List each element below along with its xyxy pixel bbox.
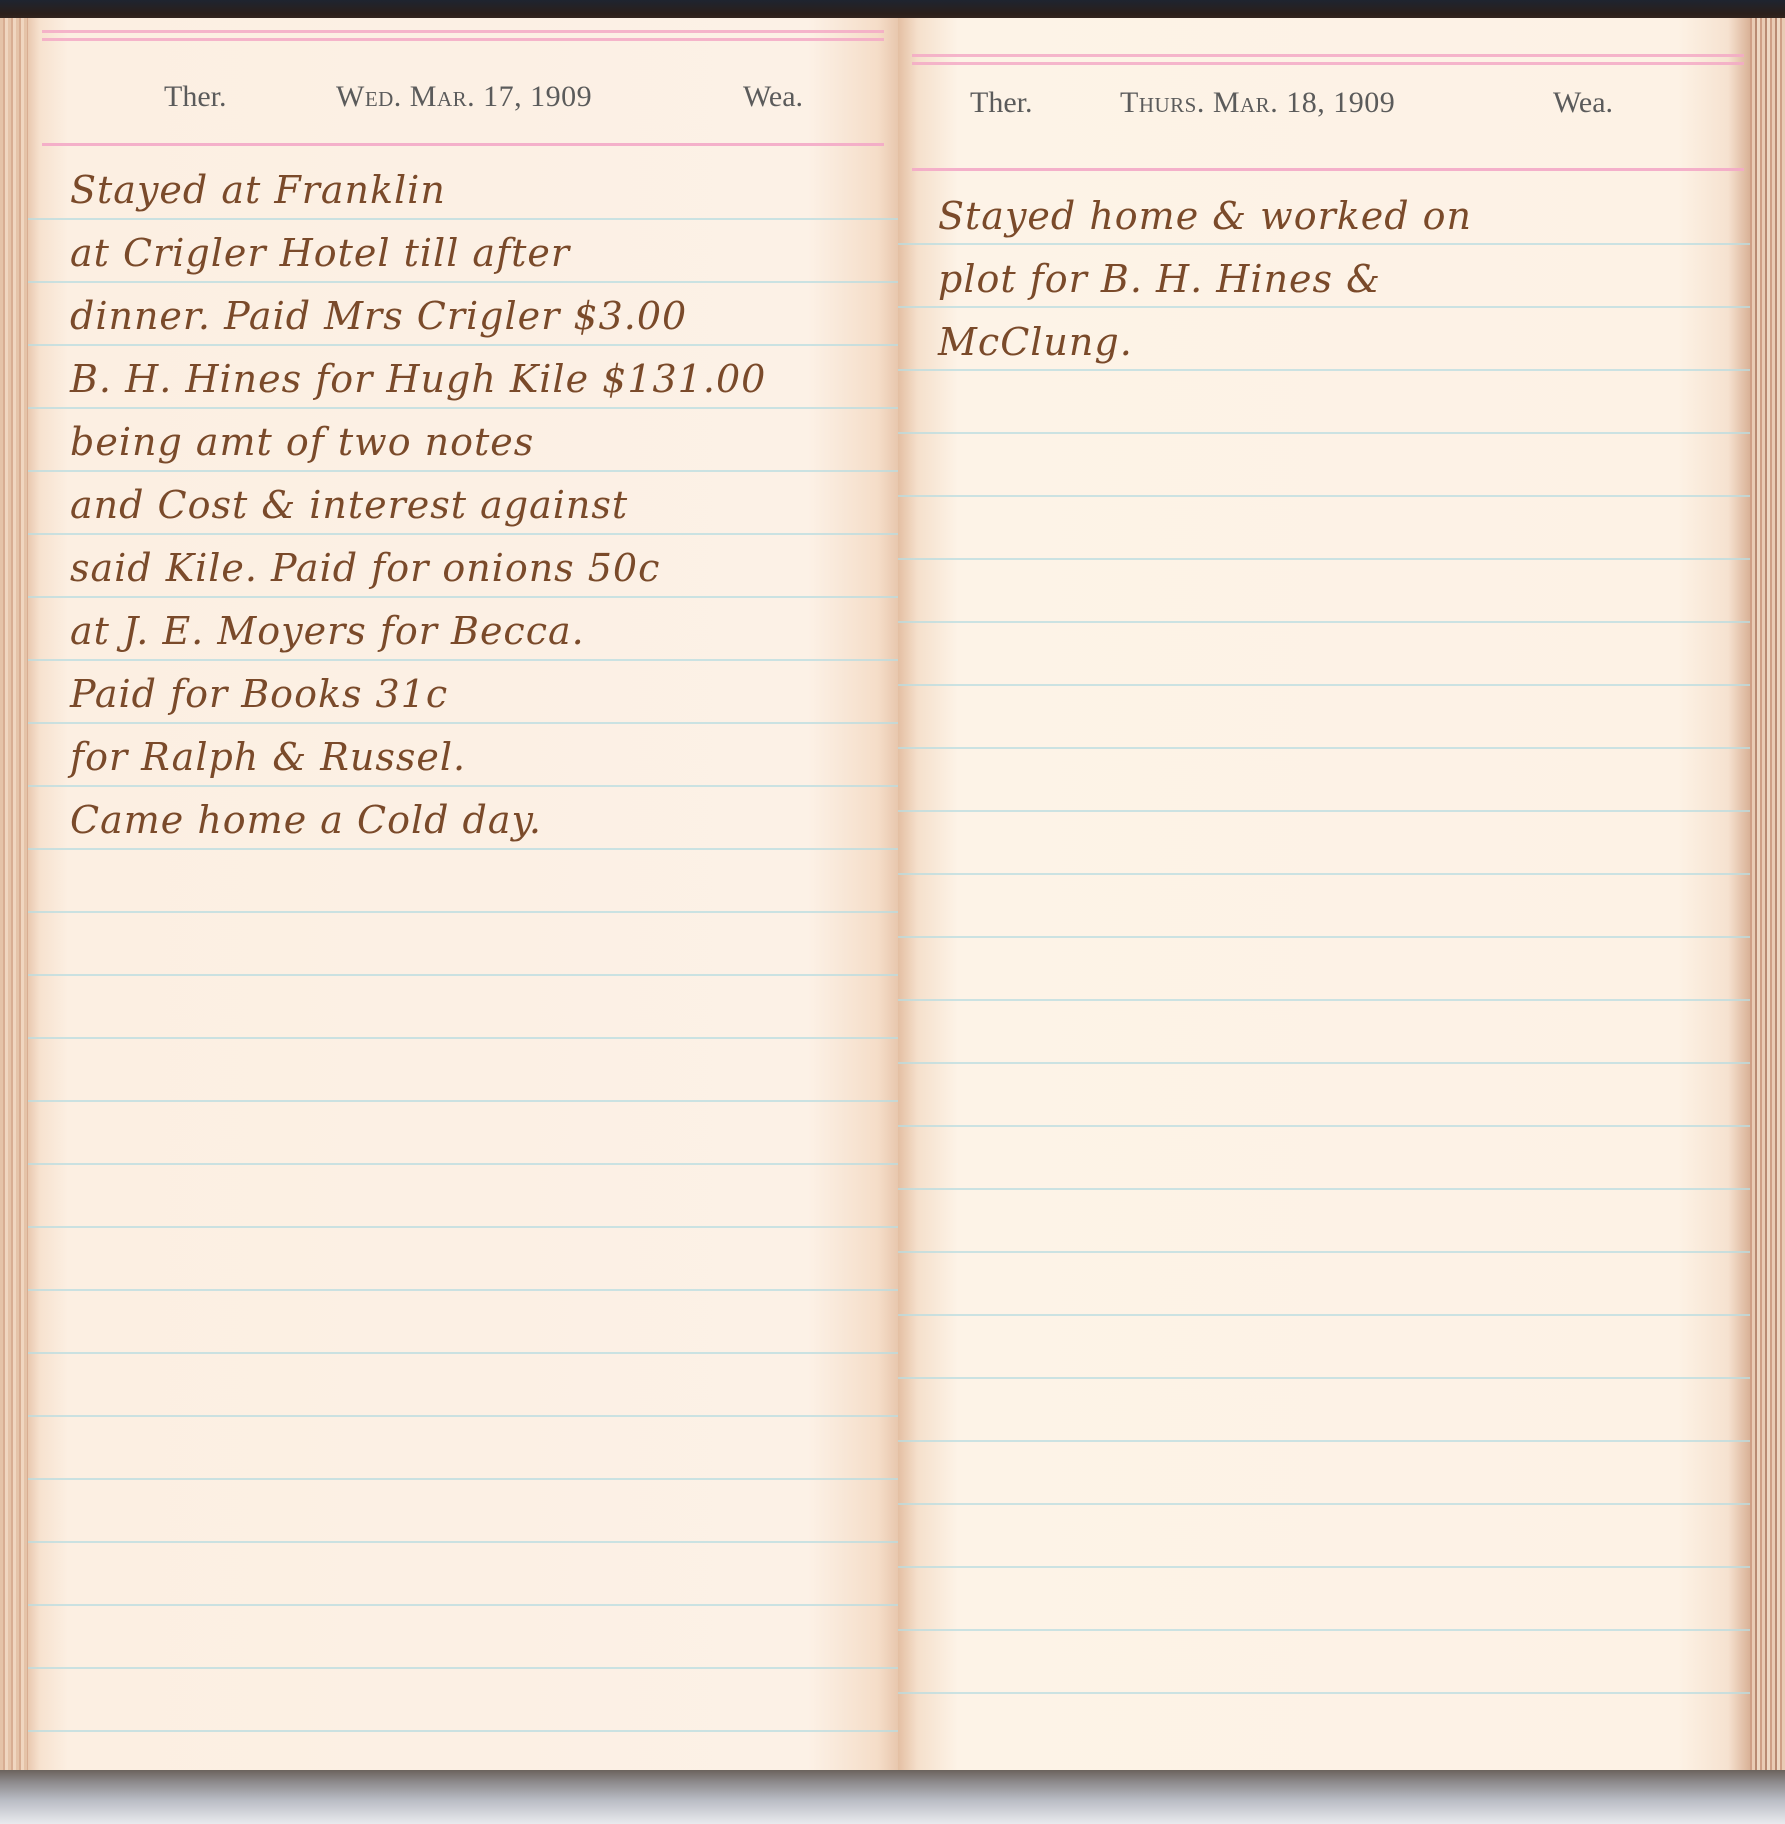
entry-line: Came home a Cold day. <box>70 798 542 842</box>
ther-label: Ther. <box>970 86 1032 120</box>
entry-line: Stayed home & worked on <box>938 194 1472 238</box>
wea-label: Wea. <box>1553 86 1613 120</box>
pink-rule-top-1 <box>42 30 884 33</box>
left-page: Ther. Wed. Mar. 17, 1909 Wea. <box>28 18 898 1778</box>
ther-label: Ther. <box>164 80 226 114</box>
pink-rule-header <box>912 168 1744 171</box>
pink-rule-top-2 <box>912 62 1744 65</box>
right-page: Ther. Thurs. Mar. 18, 1909 Wea. <box>898 18 1758 1778</box>
entry-line: being amt of two notes <box>70 420 534 464</box>
page-edges-right <box>1750 18 1785 1778</box>
entry-line: at J. E. Moyers for Becca. <box>70 609 585 653</box>
book-cover-bottom <box>0 1770 1785 1824</box>
entry-line: McClung. <box>938 320 1133 364</box>
diary-book: Ther. Wed. Mar. 17, 1909 Wea. <box>0 0 1785 1790</box>
entry-line: plot for B. H. Hines & <box>938 257 1381 301</box>
entry-line: and Cost & interest against <box>70 483 628 527</box>
entry-line: Stayed at Franklin <box>70 168 446 212</box>
entry-line: B. H. Hines for Hugh Kile $131.00 <box>70 357 766 401</box>
wea-label: Wea. <box>743 80 803 114</box>
entry-line: dinner. Paid Mrs Crigler $3.00 <box>70 294 687 338</box>
pink-rule-header <box>42 143 884 146</box>
entry-date: Wed. Mar. 17, 1909 <box>336 80 592 114</box>
entry-line: for Ralph & Russel. <box>70 735 466 779</box>
entry-line: said Kile. Paid for onions 50c <box>70 546 660 590</box>
entry-line: at Crigler Hotel till after <box>70 231 570 275</box>
page-edges-left <box>0 18 30 1778</box>
entry-date: Thurs. Mar. 18, 1909 <box>1120 86 1395 120</box>
pink-rule-top-1 <box>912 54 1744 57</box>
entry-line: Paid for Books 31c <box>70 672 448 716</box>
pink-rule-top-2 <box>42 38 884 41</box>
